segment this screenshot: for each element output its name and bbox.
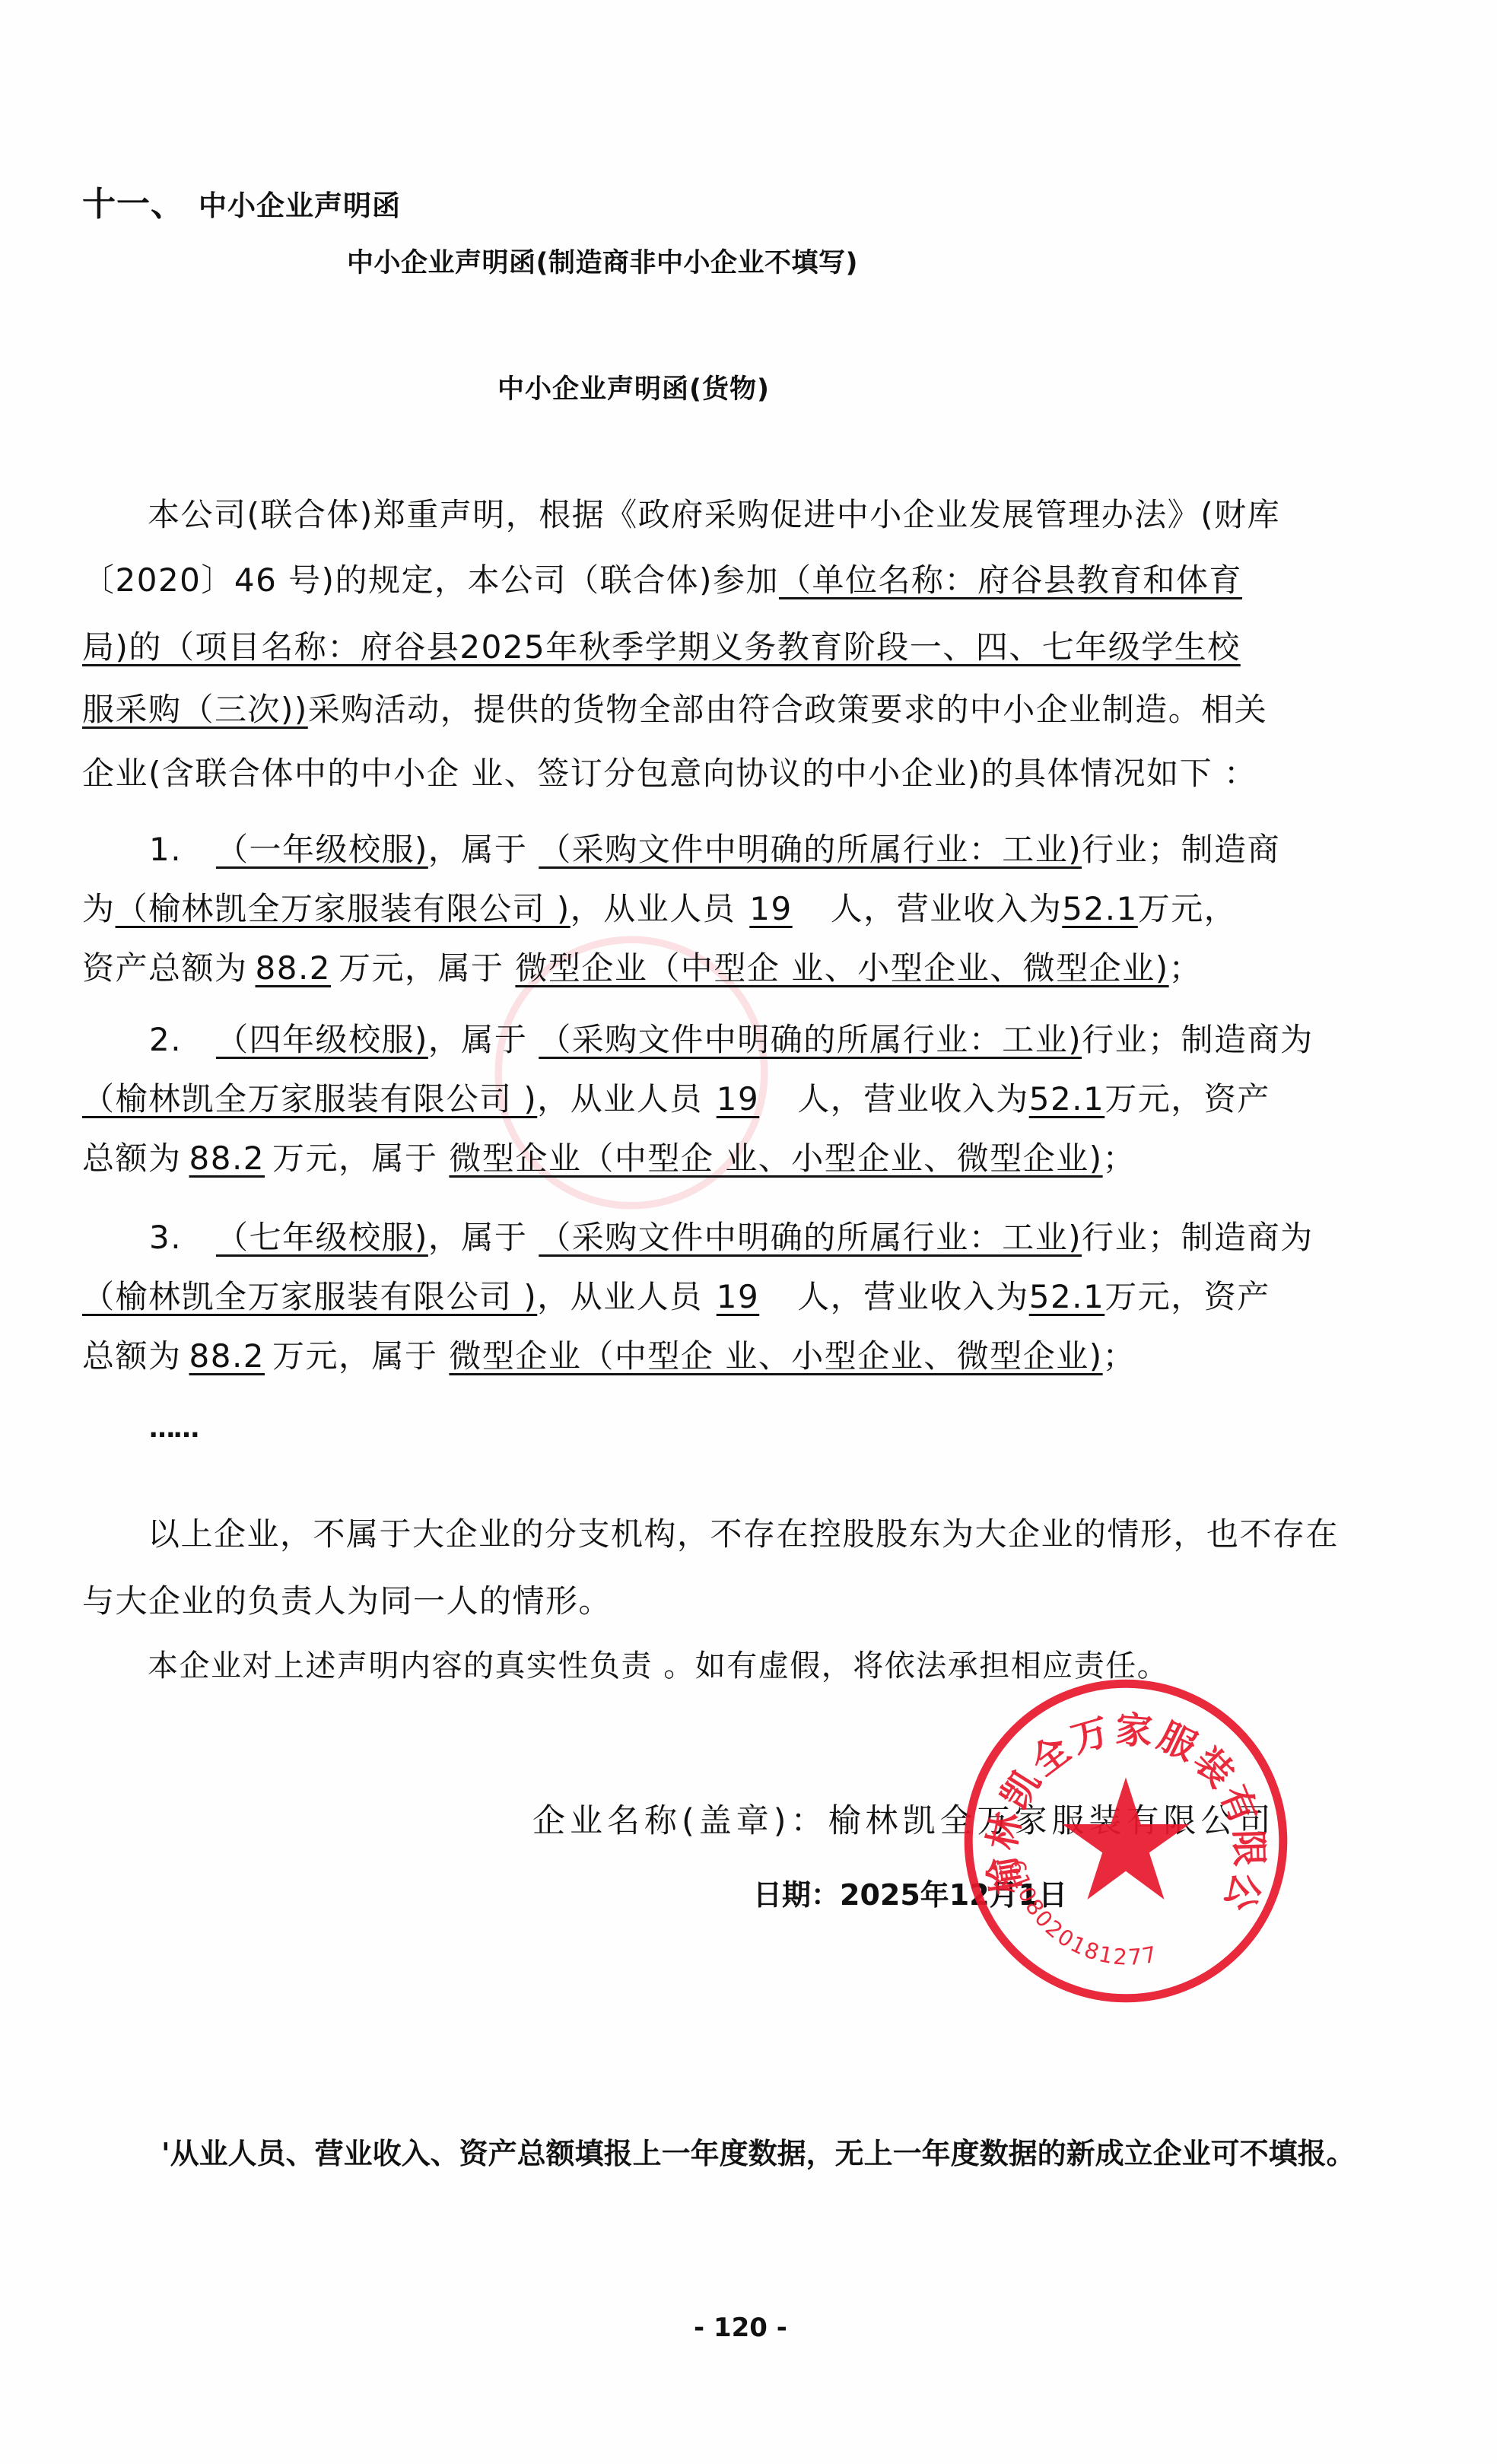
intro-line-4-plain: 采购活动，提供的货物全部由符合政策要求的中小企业制造。相关 (308, 691, 1268, 728)
item-revenue: 52.1 (1029, 1080, 1105, 1118)
ellipsis: …… (149, 1413, 198, 1444)
item-assets: 88.2 (248, 949, 339, 987)
item-2-line-2: （榆林凯全万家服装有限公司 )，从业人员19人，营业收入为52.1万元，资产 (82, 1074, 1270, 1120)
belongs-label: ，属于 (428, 1021, 528, 1058)
item-goods: （七年级校服) (216, 1219, 428, 1256)
section-title: 中小企业声明函 (199, 189, 401, 222)
assets-unit: 万元，属于 (272, 1140, 438, 1177)
project-name: 局)的（项目名称：府谷县2025年秋季学期义务教育阶段一、四、七年级学生校 (82, 628, 1241, 666)
item-revenue: 52.1 (1062, 890, 1138, 927)
item-assets: 88.2 (182, 1140, 273, 1177)
item-1-line-3: 资产总额为88.2万元，属于 微型企业（中型企 业、小型企业、微型企业)； (82, 943, 1202, 989)
project-name-end: 服采购（三次)) (82, 691, 308, 728)
employees-unit: 人，营业收入为 (797, 1080, 1029, 1118)
svg-text:榆林凯全万家服装有限公司: 榆林凯全万家服装有限公司 (958, 1674, 1270, 1919)
employees-label: ，从业人员 (571, 890, 736, 927)
item-industry: （采购文件中明确的所属行业：工业) (539, 1021, 1082, 1058)
item-enterprise-type: 微型企业（中型企 业、小型企业、微型企业) (449, 1140, 1102, 1177)
belongs-label: ，属于 (428, 831, 528, 868)
item-goods: （四年级校服) (216, 1021, 428, 1058)
item-enterprise-type: 微型企业（中型企 业、小型企业、微型企业) (449, 1337, 1102, 1375)
item-2-line-3: 总额为88.2万元，属于 微型企业（中型企 业、小型企业、微型企业)； (82, 1133, 1136, 1179)
seal-text: 榆林凯全万家服装有限公司 (958, 1674, 1270, 1919)
footnote: '从业人员、营业收入、资产总额填报上一年度数据，无上一年度数据的新成立企业可不填… (161, 2130, 1356, 2172)
manufacturer-prefix: 为 (82, 890, 116, 927)
assets-label: 总额为 (82, 1337, 182, 1375)
statement-1-line-1: 以上企业，不属于大企业的分支机构，不存在控股股东为大企业的情形，也不存在 (148, 1509, 1339, 1555)
page-number: - 120 - (694, 2313, 787, 2343)
item-industry: （采购文件中明确的所属行业：工业) (539, 831, 1082, 868)
assets-label: 总额为 (82, 1140, 182, 1177)
subtitle-goods: 中小企业声明函(货物) (497, 368, 770, 406)
date-label: 日期： (753, 1878, 840, 1912)
intro-line-2: 〔2020〕46 号)的规定，本公司（联合体)参加（单位名称：府谷县教育和体育 (82, 555, 1242, 601)
subtitle-manufacturer-note: 中小企业声明函(制造商非中小企业不填写) (347, 242, 858, 280)
company-seal-stamp: 榆林凯全万家服装有限公司 6108020181277 (958, 1674, 1293, 2008)
intro-line-5: 企业(含联合体中的中小企 业、签订分包意向协议的中小企业)的具体情况如下 ： (82, 749, 1257, 794)
item-goods: （一年级校服) (216, 831, 428, 868)
intro-line-3: 局)的（项目名称：府谷县2025年秋季学期义务教育阶段一、四、七年级学生校 (82, 622, 1241, 668)
item-employees: 19 (736, 890, 830, 927)
item-manufacturer: （榆林凯全万家服装有限公司 ) (82, 1278, 537, 1315)
item-number: 1. (149, 831, 182, 868)
item-end: ； (1103, 1337, 1136, 1375)
revenue-unit: 万元，资产 (1104, 1080, 1270, 1118)
intro-line-1: 本公司(联合体)郑重声明，根据《政府采购促进中小企业发展管理办法》(财库 (148, 490, 1280, 536)
item-enterprise-type: 微型企业（中型企 业、小型企业、微型企业) (515, 949, 1168, 987)
industry-suffix: 行业；制造商为 (1082, 1219, 1314, 1256)
revenue-unit: 万元， (1138, 890, 1238, 927)
employees-label: ，从业人员 (537, 1080, 703, 1118)
assets-unit: 万元，属于 (338, 949, 504, 987)
item-manufacturer: （榆林凯全万家服装有限公司 ) (82, 1080, 537, 1118)
item-end: ； (1169, 949, 1203, 987)
employees-label: ，从业人员 (537, 1278, 703, 1315)
item-manufacturer: （榆林凯全万家服装有限公司 ) (116, 890, 571, 927)
item-1-line-1: 1. （一年级校服)，属于 （采购文件中明确的所属行业：工业)行业；制造商 (149, 825, 1280, 870)
item-1-line-2: 为（榆林凯全万家服装有限公司 )，从业人员19人，营业收入为52.1万元， (82, 884, 1237, 930)
employees-unit: 人，营业收入为 (831, 890, 1063, 927)
item-3-line-3: 总额为88.2万元，属于 微型企业（中型企 业、小型企业、微型企业)； (82, 1331, 1136, 1377)
revenue-unit: 万元，资产 (1104, 1278, 1270, 1315)
item-number: 2. (149, 1021, 182, 1058)
section-heading: 十一、中小企业声明函 (82, 176, 401, 225)
item-3-line-2: （榆林凯全万家服装有限公司 )，从业人员19人，营业收入为52.1万元，资产 (82, 1272, 1270, 1318)
assets-label: 资产总额为 (82, 949, 248, 987)
item-number: 3. (149, 1219, 182, 1256)
item-3-line-1: 3. （七年级校服)，属于 （采购文件中明确的所属行业：工业)行业；制造商为 (149, 1213, 1314, 1258)
document-page: 十一、中小企业声明函 中小企业声明函(制造商非中小企业不填写) 中小企业声明函(… (0, 0, 1497, 2464)
seal-star-icon (1062, 1777, 1189, 1900)
intro-line-4: 服采购（三次))采购活动，提供的货物全部由符合政策要求的中小企业制造。相关 (82, 685, 1267, 730)
item-2-line-1: 2. （四年级校服)，属于 （采购文件中明确的所属行业：工业)行业；制造商为 (149, 1015, 1314, 1060)
item-assets: 88.2 (182, 1337, 273, 1375)
belongs-label: ，属于 (428, 1219, 528, 1256)
item-industry: （采购文件中明确的所属行业：工业) (539, 1219, 1082, 1256)
industry-suffix: 行业；制造商为 (1082, 1021, 1314, 1058)
item-employees: 19 (703, 1278, 797, 1315)
employees-unit: 人，营业收入为 (797, 1278, 1029, 1315)
item-end: ； (1103, 1140, 1136, 1177)
statement-1-line-2: 与大企业的负责人为同一人的情形。 (82, 1576, 612, 1622)
item-employees: 19 (703, 1080, 797, 1118)
intro-line-2-plain: 〔2020〕46 号)的规定，本公司（联合体)参加 (82, 561, 779, 599)
section-number: 十一、 (82, 185, 185, 224)
item-revenue: 52.1 (1029, 1278, 1105, 1315)
purchaser-name: （单位名称：府谷县教育和体育 (779, 561, 1242, 599)
industry-suffix: 行业；制造商 (1082, 831, 1280, 868)
assets-unit: 万元，属于 (272, 1337, 438, 1375)
company-label: 企业名称(盖章)： (532, 1802, 828, 1840)
